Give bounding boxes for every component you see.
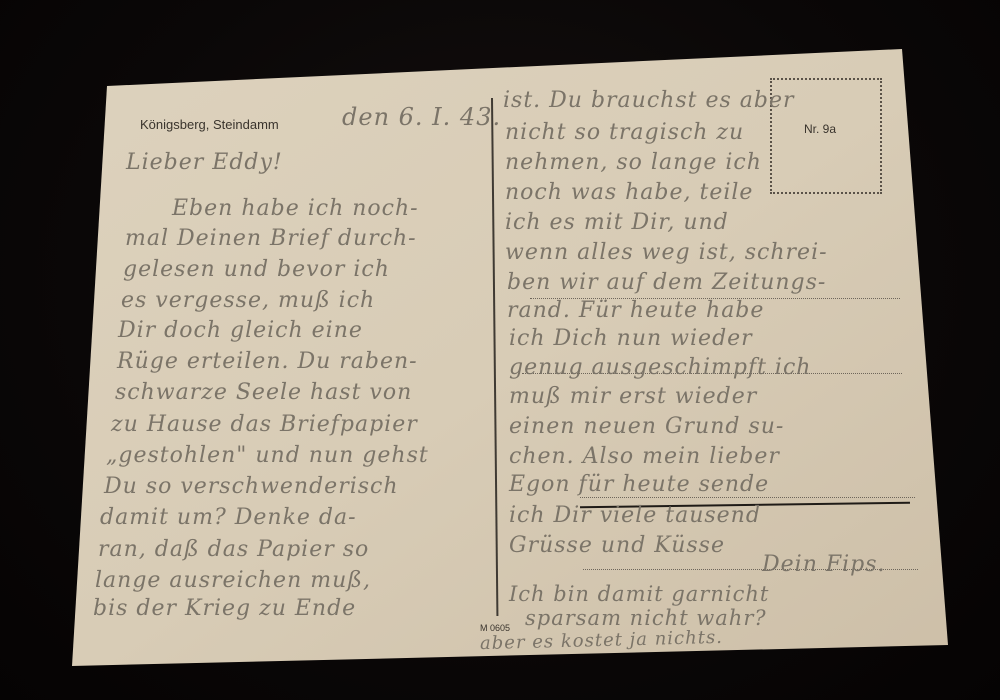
- printed-location: Königsberg, Steindamm: [140, 117, 279, 132]
- letter-line: es vergesse, muß ich: [121, 288, 375, 313]
- letter-line: chen. Also mein lieber: [509, 444, 780, 469]
- handwritten-date: den 6. I. 43.: [342, 103, 501, 131]
- photo-scene: Königsberg, Steindamm Nr. 9a M 0605 den …: [0, 0, 1000, 700]
- letter-line: Du so verschwenderisch: [104, 474, 399, 499]
- letter-line: Rüge erteilen. Du raben-: [117, 349, 418, 374]
- letter-line: ich es mit Dir, und: [505, 210, 729, 235]
- letter-line: rand. Für heute habe: [507, 298, 764, 323]
- letter-line: zu Hause das Briefpapier: [111, 412, 418, 437]
- letter-line: ran, daß das Papier so: [98, 537, 369, 562]
- postscript-line: Ich bin damit garnicht: [509, 582, 769, 606]
- letter-line: genug ausgeschimpft ich: [509, 355, 811, 380]
- letter-line: noch was habe, teile: [505, 180, 753, 205]
- letter-line: schwarze Seele hast von: [115, 380, 412, 405]
- letter-line: Egon für heute sende: [509, 472, 769, 497]
- letter-line: mal Deinen Brief durch-: [125, 226, 417, 251]
- salutation: Lieber Eddy!: [126, 150, 283, 175]
- letter-line: Grüsse und Küsse: [509, 533, 725, 558]
- letter-line: damit um? Denke da-: [100, 505, 357, 530]
- letter-line: ben wir auf dem Zeitungs-: [507, 270, 826, 295]
- letter-line: Eben habe ich noch-: [172, 196, 419, 221]
- letter-line: nicht so tragisch zu: [505, 120, 744, 145]
- address-line-3: [580, 497, 915, 498]
- letter-line: muß mir erst wieder: [509, 384, 757, 409]
- letter-line: ist. Du brauchst es aber: [503, 88, 795, 113]
- letter-line: nehmen, so lange ich: [505, 150, 762, 175]
- letter-line: lange ausreichen muß,: [95, 568, 371, 593]
- letter-line: Dir doch gleich eine: [118, 318, 363, 343]
- letter-line: wenn alles weg ist, schrei-: [505, 240, 828, 265]
- letter-line: einen neuen Grund su-: [509, 414, 784, 439]
- letter-line: ich Dir viele tausend: [509, 503, 761, 528]
- letter-line: „gestohlen" und nun gehst: [106, 443, 429, 468]
- letter-line: ich Dich nun wieder: [509, 326, 753, 351]
- stamp-label: Nr. 9a: [804, 122, 836, 136]
- letter-line: gelesen und bevor ich: [123, 257, 390, 282]
- signature: Dein Fips.: [762, 552, 886, 577]
- letter-line: bis der Krieg zu Ende: [93, 596, 356, 621]
- postscript-line: sparsam nicht wahr?: [525, 606, 767, 630]
